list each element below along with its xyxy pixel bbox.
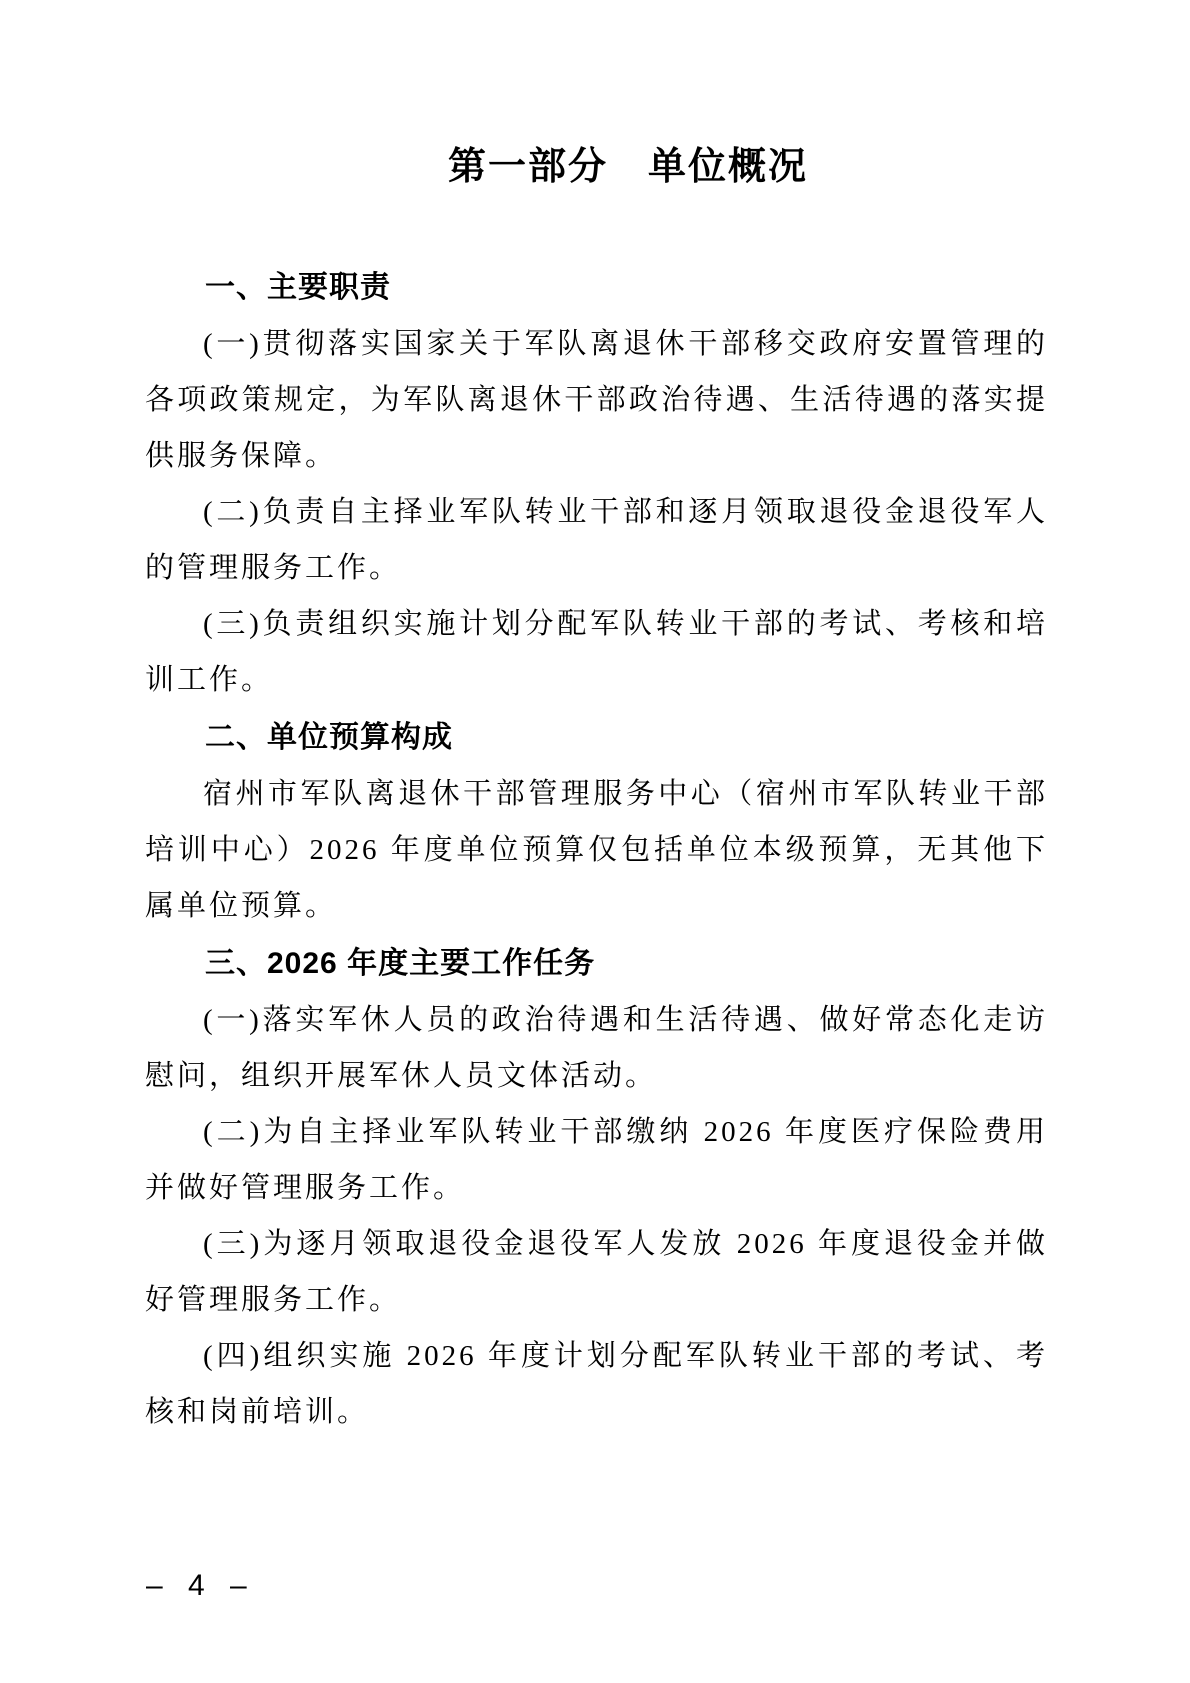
paragraph: (一)贯彻落实国家关于军队离退休干部移交政府安置管理的各项政策规定，为军队离退休… (145, 316, 1048, 484)
section-heading-work-tasks: 三、2026 年度主要工作任务 (145, 936, 1048, 992)
section-heading-budget-composition: 二、单位预算构成 (145, 710, 1048, 766)
section-work-tasks: 三、2026 年度主要工作任务 (一)落实军休人员的政治待遇和生活待遇、做好常态… (145, 936, 1048, 1440)
paragraph: (三)为逐月领取退役金退役军人发放 2026 年度退役金并做好管理服务工作。 (145, 1216, 1048, 1328)
document-body: 一、主要职责 (一)贯彻落实国家关于军队离退休干部移交政府安置管理的各项政策规定… (145, 260, 1048, 1440)
paragraph: (一)落实军休人员的政治待遇和生活待遇、做好常态化走访慰问，组织开展军休人员文体… (145, 992, 1048, 1104)
section-main-duties: 一、主要职责 (一)贯彻落实国家关于军队离退休干部移交政府安置管理的各项政策规定… (145, 260, 1048, 708)
document-page: 第一部分 单位概况 一、主要职责 (一)贯彻落实国家关于军队离退休干部移交政府安… (0, 0, 1190, 1683)
paragraph: (二)负责自主择业军队转业干部和逐月领取退役金退役军人的管理服务工作。 (145, 484, 1048, 596)
paragraph: (四)组织实施 2026 年度计划分配军队转业干部的考试、考核和岗前培训。 (145, 1328, 1048, 1440)
page-title: 第一部分 单位概况 (0, 145, 1190, 189)
section-budget-composition: 二、单位预算构成 宿州市军队离退休干部管理服务中心（宿州市军队转业干部培训中心）… (145, 710, 1048, 934)
page-number: – 4 – (146, 1568, 254, 1604)
paragraph: (三)负责组织实施计划分配军队转业干部的考试、考核和培训工作。 (145, 596, 1048, 708)
section-heading-main-duties: 一、主要职责 (145, 260, 1048, 316)
paragraph: 宿州市军队离退休干部管理服务中心（宿州市军队转业干部培训中心）2026 年度单位… (145, 766, 1048, 934)
paragraph: (二)为自主择业军队转业干部缴纳 2026 年度医疗保险费用并做好管理服务工作。 (145, 1104, 1048, 1216)
